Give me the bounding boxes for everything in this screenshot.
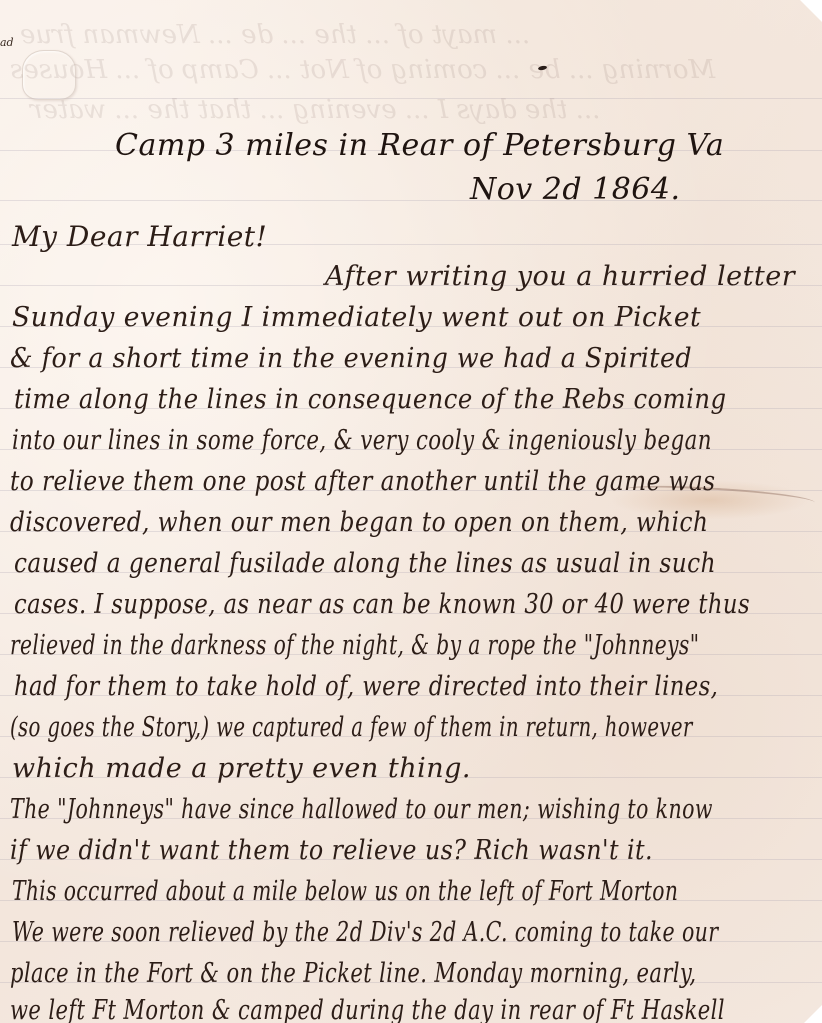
folded-corner: [800, 0, 822, 22]
letter-line: to relieve them one post after another u…: [10, 466, 715, 497]
letter-line: relieved in the darkness of the night, &…: [10, 630, 699, 661]
ruled-line: [0, 200, 822, 201]
embossed-stamp: [22, 50, 76, 100]
letter-line: discovered, when our men began to open o…: [10, 507, 708, 538]
letter-line: We were soon relieved by the 2d Div's 2d…: [12, 917, 718, 948]
letter-line: The "Johnneys" have since hallowed to ou…: [10, 794, 713, 825]
letter-line: into our lines in some force, & very coo…: [12, 425, 712, 456]
letter-line: place in the Fort & on the Picket line. …: [10, 958, 696, 989]
letter-page: ... mayt of ... the ... de ... Newman fr…: [0, 0, 822, 1023]
letter-line: After writing you a hurried letter: [325, 261, 795, 292]
folded-corner: [804, 1005, 822, 1023]
letter-line: if we didn't want them to relieve us? Ri…: [10, 835, 653, 866]
bleed-through-text: Morning ... be ... coming of Not ... Cam…: [10, 55, 715, 85]
letter-date: Nov 2d 1864.: [470, 172, 681, 207]
letter-line: which made a pretty even thing.: [12, 753, 471, 784]
edge-fragment: ad: [0, 36, 14, 49]
salutation: My Dear Harriet!: [12, 220, 267, 253]
bleed-through-text: ... mayt of ... the ... de ... Newman fr…: [20, 20, 530, 50]
letter-line: caused a general fusilade along the line…: [14, 548, 716, 579]
letter-line: we left Ft Morton & camped during the da…: [10, 995, 725, 1023]
letter-line: time along the lines in consequence of t…: [14, 384, 726, 415]
letter-line: (so goes the Story,) we captured a few o…: [10, 712, 693, 743]
letter-line: This occurred about a mile below us on t…: [12, 876, 678, 907]
letter-line: cases. I suppose, as near as can be know…: [14, 589, 750, 620]
letter-line: & for a short time in the evening we had…: [10, 343, 692, 374]
letter-line: Sunday evening I immediately went out on…: [12, 302, 701, 333]
letter-location: Camp 3 miles in Rear of Petersburg Va: [115, 128, 724, 163]
letter-line: had for them to take hold of, were direc…: [14, 671, 718, 702]
bleed-through-text: ... the days I ... evening ... that the …: [30, 95, 601, 125]
